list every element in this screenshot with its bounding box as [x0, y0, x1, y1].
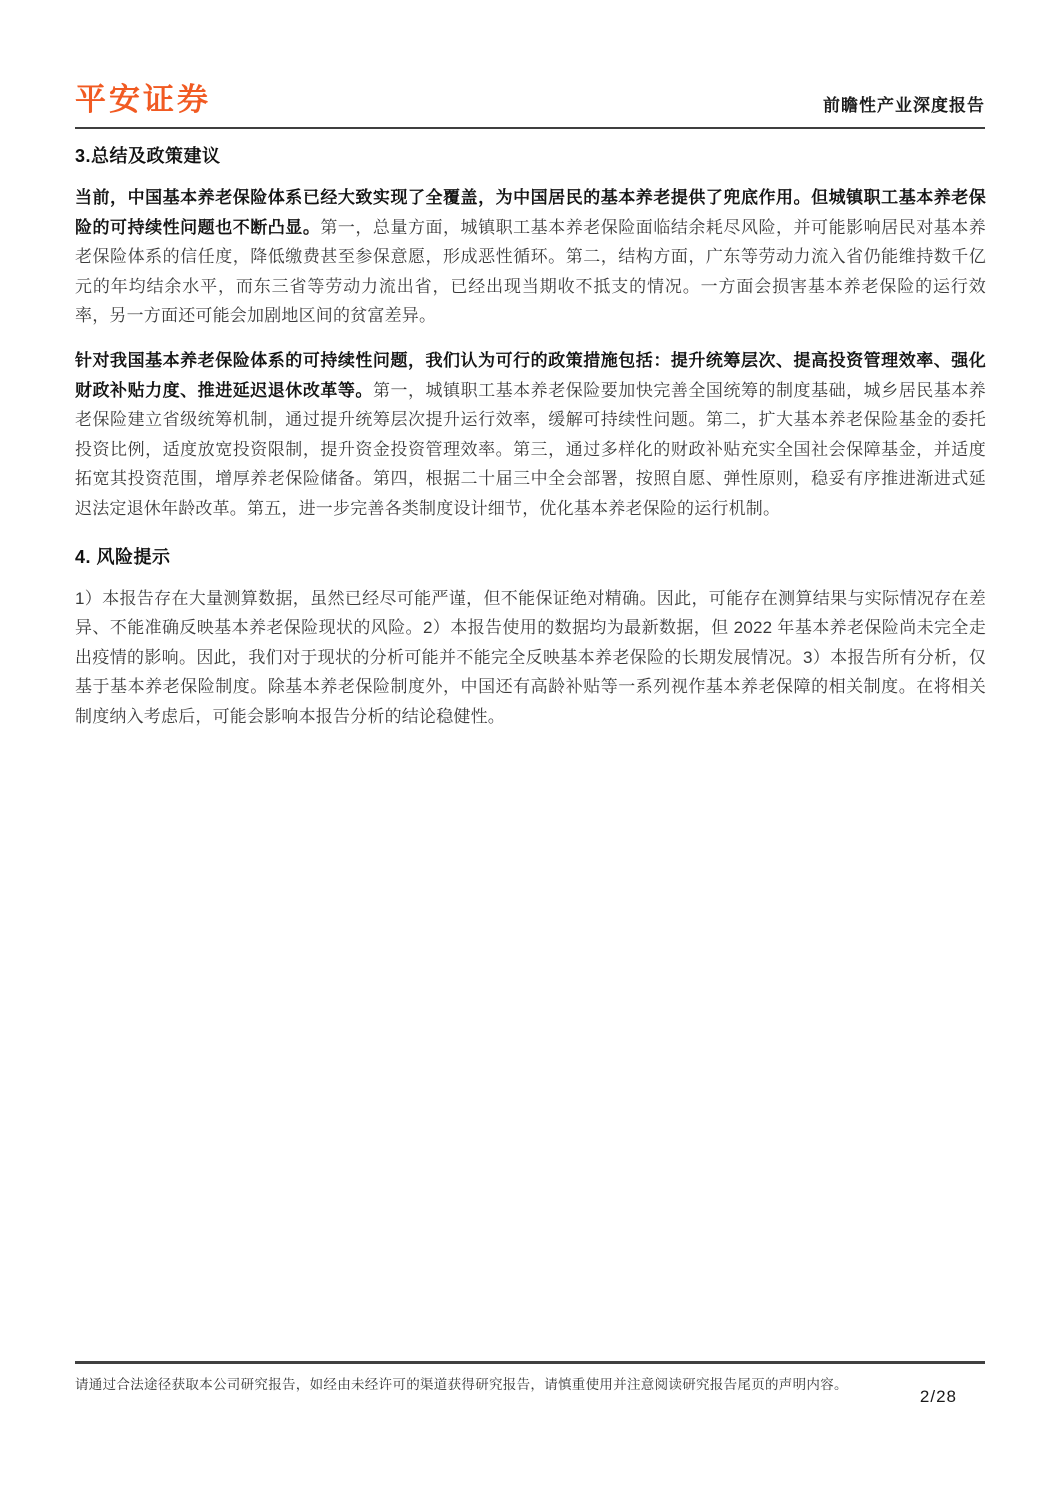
report-page: 平安证券 前瞻性产业深度报告 3.总结及政策建议 当前，中国基本养老保险体系已经…	[0, 0, 1058, 1497]
report-body: 3.总结及政策建议 当前，中国基本养老保险体系已经大致实现了全覆盖，为中国居民的…	[75, 144, 986, 747]
section-3-heading: 3.总结及政策建议	[75, 144, 986, 168]
policy-paragraph-2: 针对我国基本养老保险体系的可持续性问题，我们认为可行的政策措施包括：提升统筹层次…	[75, 346, 986, 524]
header-divider	[75, 127, 985, 129]
page-footer: 请通过合法途径获取本公司研究报告，如经由未经许可的渠道获得研究报告，请慎重使用并…	[75, 1361, 985, 1394]
page-number: 2/28	[920, 1387, 957, 1407]
report-type-label: 前瞻性产业深度报告	[823, 97, 985, 114]
risk-paragraph: 1）本报告存在大量测算数据，虽然已经尽可能严谨，但不能保证绝对精确。因此，可能存…	[75, 584, 986, 732]
brand-logo: 平安证券	[75, 84, 211, 115]
risk-paragraph-text: 1）本报告存在大量测算数据，虽然已经尽可能严谨，但不能保证绝对精确。因此，可能存…	[75, 589, 986, 726]
section-4-heading: 4. 风险提示	[75, 545, 986, 569]
footer-disclaimer: 请通过合法途径获取本公司研究报告，如经由未经许可的渠道获得研究报告，请慎重使用并…	[75, 1376, 985, 1394]
footer-divider	[75, 1361, 985, 1364]
summary-paragraph-1: 当前，中国基本养老保险体系已经大致实现了全覆盖，为中国居民的基本养老提供了兜底作…	[75, 183, 986, 331]
policy-paragraph-2-regular: 第一，城镇职工基本养老保险要加快完善全国统筹的制度基础，城乡居民基本养老保险建立…	[75, 381, 986, 518]
